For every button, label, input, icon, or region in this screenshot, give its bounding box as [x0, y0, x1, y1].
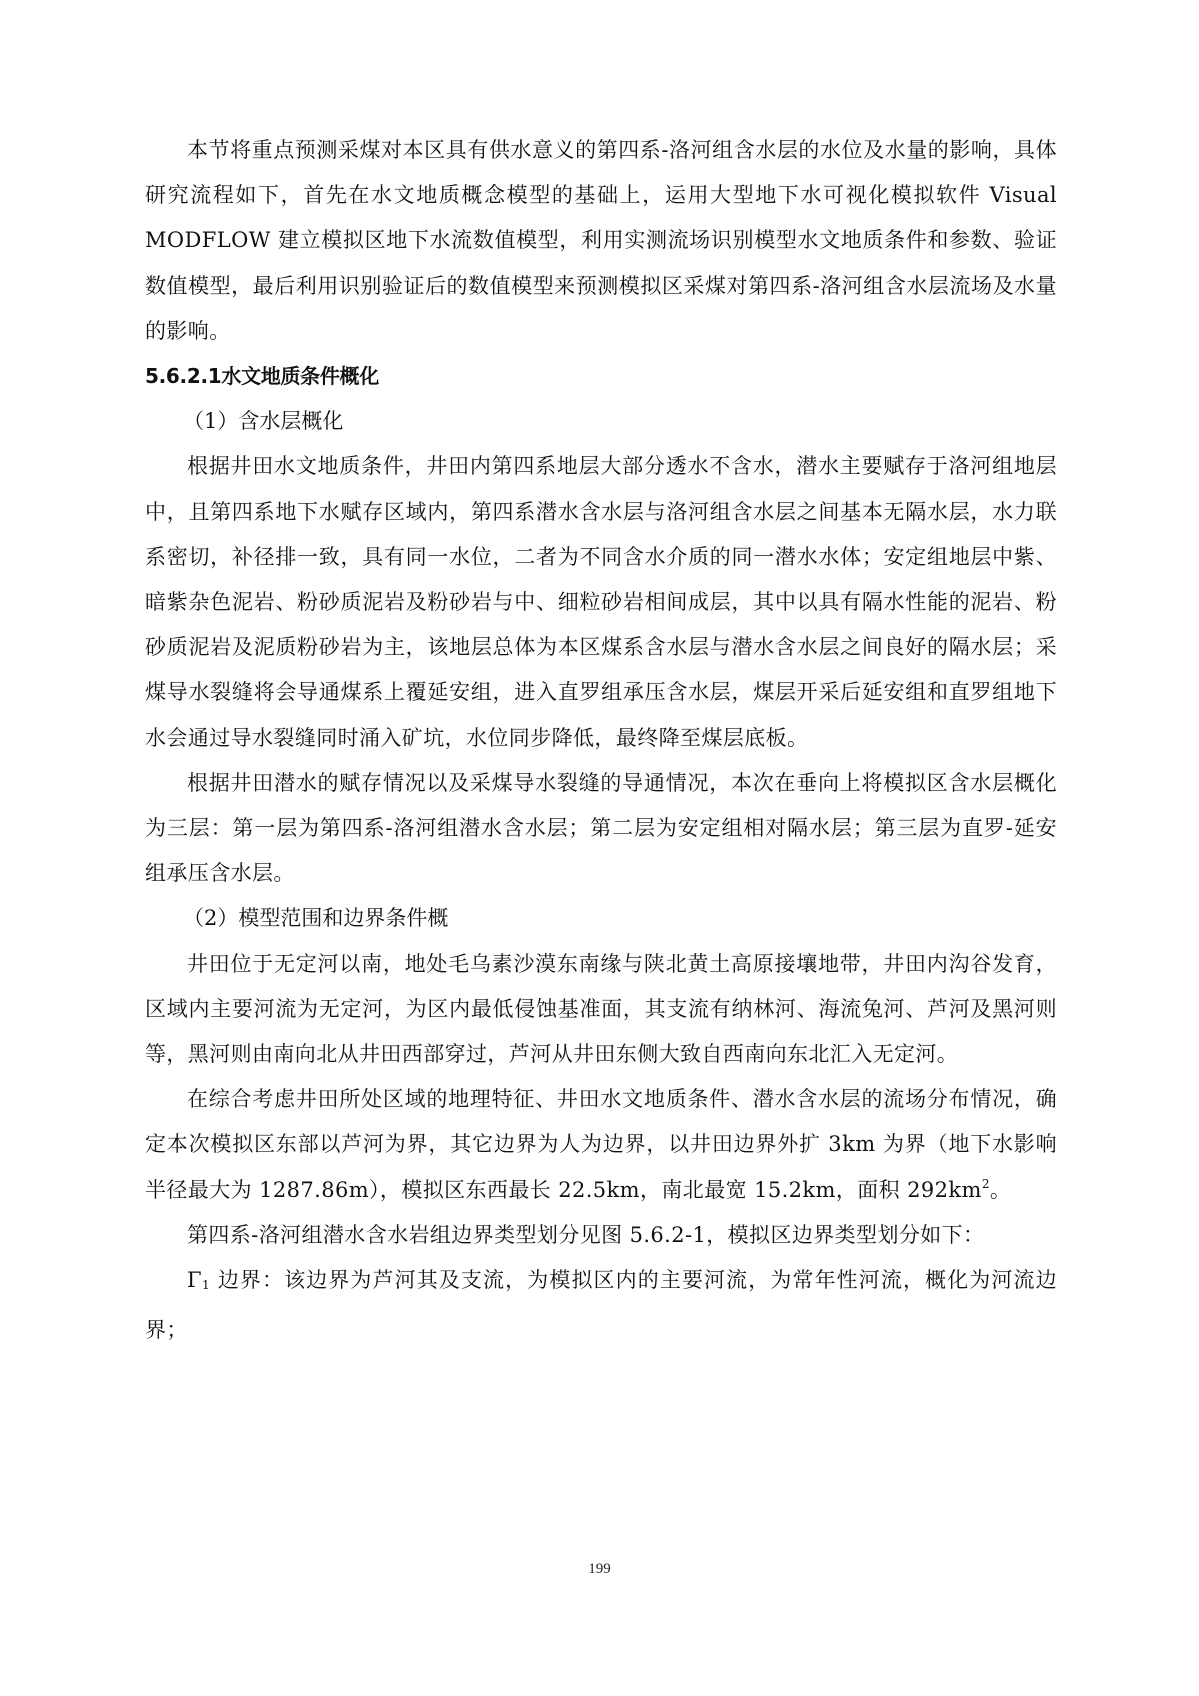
page-number: 199: [0, 1561, 1199, 1578]
subheading-model-boundary: （2）模型范围和边界条件概: [145, 896, 1057, 941]
model-extent-end: 。: [990, 1178, 1011, 1202]
paragraph-geography: 井田位于无定河以南，地处毛乌素沙漠东南缘与陕北黄土高原接壤地带，井田内沟谷发育，…: [145, 942, 1057, 1078]
gamma-subscript: 1: [202, 1278, 210, 1292]
paragraph-intro: 本节将重点预测采煤对本区具有供水意义的第四系-洛河组含水层的水位及水量的影响，具…: [145, 128, 1057, 354]
paragraph-gamma1-boundary: Γ1 边界：该边界为芦河其及支流，为模拟区内的主要河流，为常年性河流，概化为河流…: [145, 1258, 1057, 1353]
subheading-aquifer-generalization: （1）含水层概化: [145, 399, 1057, 444]
model-extent-text: 在综合考虑井田所处区域的地理特征、井田水文地质条件、潜水含水层的流场分布情况，确…: [145, 1087, 1057, 1201]
document-page: 本节将重点预测采煤对本区具有供水意义的第四系-洛河组含水层的水位及水量的影响，具…: [145, 128, 1057, 1353]
paragraph-model-extent: 在综合考虑井田所处区域的地理特征、井田水文地质条件、潜水含水层的流场分布情况，确…: [145, 1077, 1057, 1213]
gamma-symbol: Γ: [187, 1268, 202, 1292]
superscript-squared: 2: [982, 1177, 990, 1191]
gamma1-boundary-text: 边界：该边界为芦河其及支流，为模拟区内的主要河流，为常年性河流，概化为河流边界；: [145, 1268, 1057, 1342]
paragraph-boundary-types: 第四系-洛河组潜水含水岩组边界类型划分见图 5.6.2-1，模拟区边界类型划分如…: [145, 1213, 1057, 1258]
paragraph-aquifer-conditions: 根据井田水文地质条件，井田内第四系地层大部分透水不含水，潜水主要赋存于洛河组地层…: [145, 444, 1057, 760]
paragraph-aquifer-layers: 根据井田潜水的赋存情况以及采煤导水裂缝的导通情况，本次在垂向上将模拟区含水层概化…: [145, 761, 1057, 897]
section-heading: 5.6.2.1水文地质条件概化: [145, 354, 1057, 399]
